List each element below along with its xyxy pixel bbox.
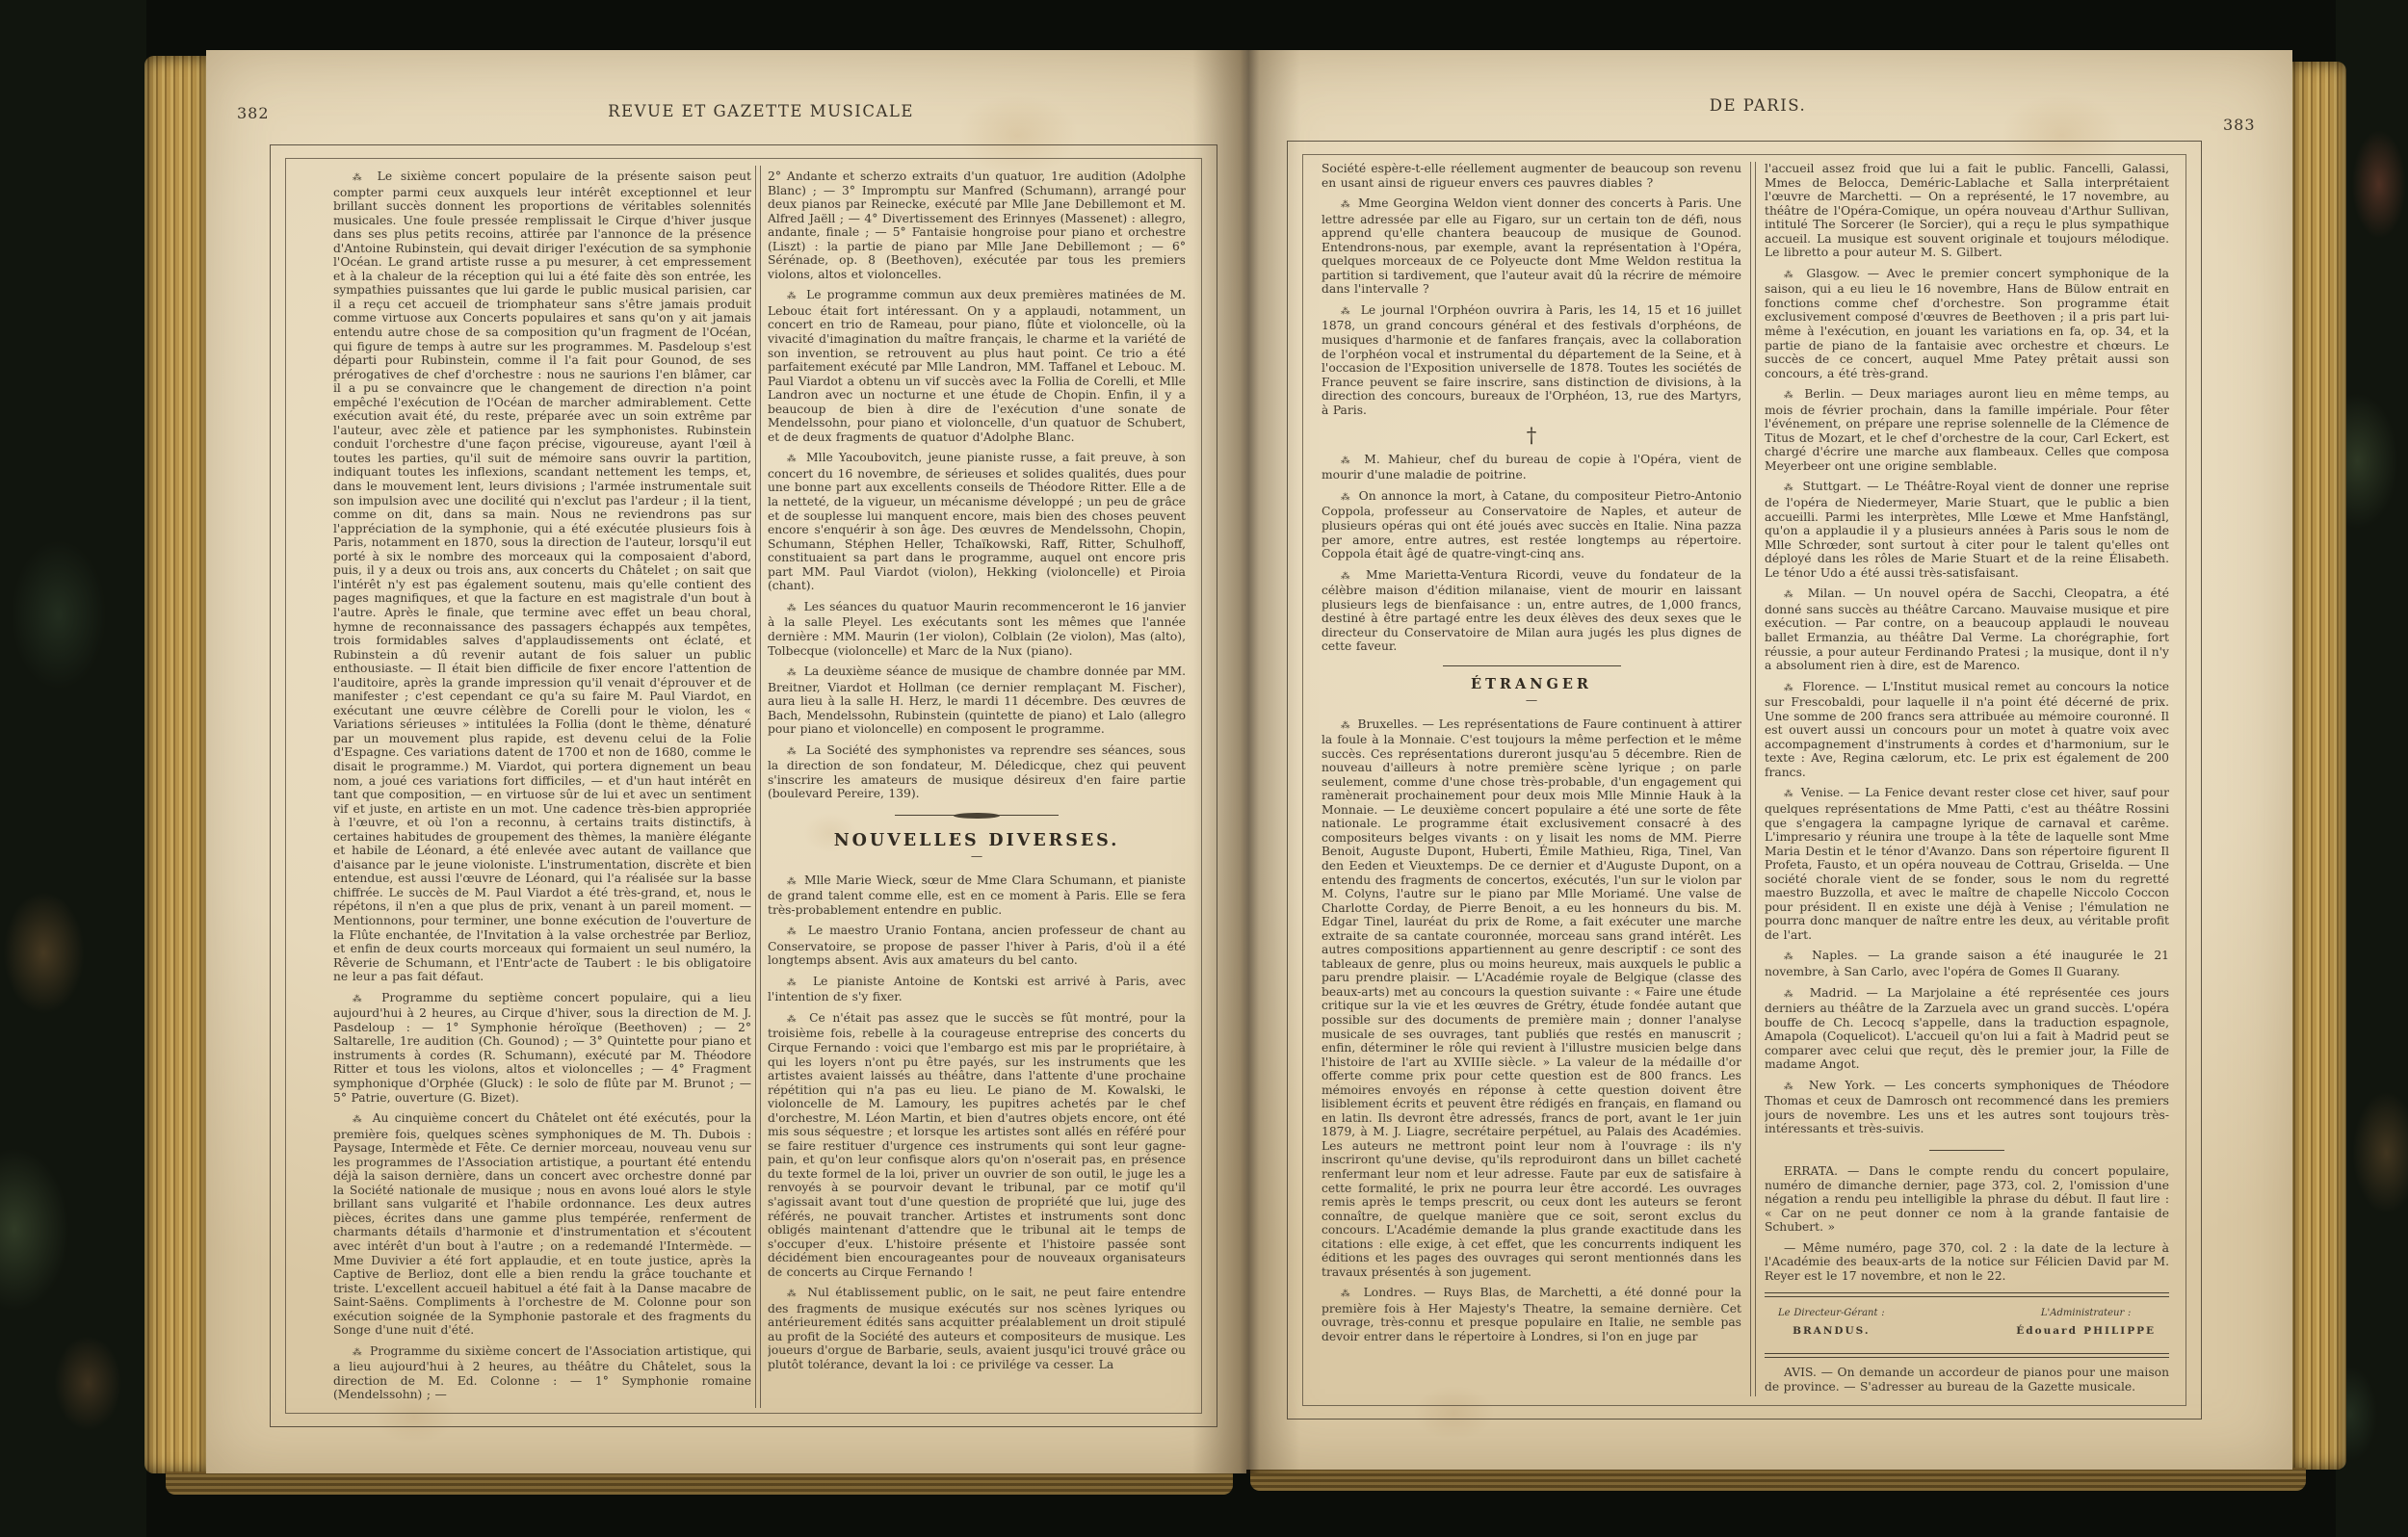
starred-paragraph: ⁂ M. Mahieur, chef du bureau de copie à … [1322, 453, 1741, 482]
column-divider-left-b [760, 166, 761, 1408]
starred-paragraph: ⁂ Mme Georgina Weldon vient donner des c… [1322, 196, 1741, 297]
continuation-paragraph: l'accueil assez froid que lui a fait le … [1765, 162, 2169, 260]
running-title-left: REVUE ET GAZETTE MUSICALE [337, 102, 1185, 120]
starred-paragraph: ⁂ Le pianiste Antoine de Kontski est arr… [768, 975, 1186, 1004]
starred-paragraph: ⁂ Madrid. — La Marjolaine a été représen… [1765, 986, 2169, 1072]
starred-paragraph: ⁂ Le sixième concert populaire de la pré… [333, 169, 751, 984]
page-bottom-edge-right [1250, 1468, 2306, 1491]
starred-paragraph: ⁂ Le journal l'Orphéon ouvrira à Paris, … [1322, 303, 1741, 417]
paragraph: ERRATA. — Dans le compte rendu du concer… [1765, 1164, 2169, 1235]
section-heading: ÉTRANGER [1322, 678, 1741, 692]
paragraph: — Même numéro, page 370, col. 2 : la dat… [1765, 1241, 2169, 1284]
signature-block: Le Directeur-Gérant :BRANDUS.L'Administr… [1765, 1305, 2169, 1343]
right-page-column-2: l'accueil assez froid que lui a fait le … [1765, 162, 2169, 1400]
marbled-cover-right [2336, 0, 2408, 1537]
starred-paragraph: ⁂ Ce n'était pas assez que le succès se … [768, 1011, 1186, 1279]
starred-paragraph: ⁂ La deuxième séance de musique de chamb… [768, 664, 1186, 737]
page-fore-edge-right [2290, 62, 2346, 1470]
short-rule [1929, 1150, 2004, 1151]
page-number-left: 382 [237, 104, 270, 122]
starred-paragraph: ⁂ Naples. — La grande saison a été inaug… [1765, 949, 2169, 978]
starred-paragraph: ⁂ Programme du sixième concert de l'Asso… [333, 1344, 751, 1402]
book-spread: 382 REVUE ET GAZETTE MUSICALE DE PARIS. … [0, 0, 2408, 1537]
signature-cell: L'Administrateur :Édouard PHILIPPE [2016, 1307, 2156, 1338]
continuation-paragraph: Société espère-t-elle réellement augment… [1322, 162, 1741, 190]
paragraph: AVIS. — On demande un accordeur de piano… [1765, 1366, 2169, 1394]
starred-paragraph: ⁂ La Société des symphonistes va reprend… [768, 743, 1186, 801]
heading-dash: — [768, 850, 1186, 862]
page-bottom-edge-left [166, 1472, 1233, 1495]
starred-paragraph: ⁂ Programme du septième concert populair… [333, 991, 751, 1105]
mid-rule [1443, 665, 1621, 666]
column-divider-right-b [1755, 162, 1756, 1396]
starred-paragraph: ⁂ On annonce la mort, à Catane, du compo… [1322, 489, 1741, 561]
starred-paragraph: ⁂ Mlle Yacoubovitch, jeune pianiste russ… [768, 451, 1186, 592]
diamond-separator [895, 813, 1059, 819]
starred-paragraph: ⁂ Les séances du quatuor Maurin recommen… [768, 600, 1186, 658]
starred-paragraph: ⁂ Le programme commun aux deux premières… [768, 288, 1186, 444]
left-page-column-1: ⁂ Le sixième concert populaire de la pré… [333, 169, 751, 1414]
starred-paragraph: ⁂ Glasgow. — Avec le premier concert sym… [1765, 267, 2169, 380]
marbled-cover-left [0, 0, 146, 1537]
starred-paragraph: ⁂ Mme Marietta-Ventura Ricordi, veuve du… [1322, 568, 1741, 654]
left-page-column-2: 2° Andante et scherzo extraits d'un quat… [768, 169, 1186, 1414]
continuation-paragraph: 2° Andante et scherzo extraits d'un quat… [768, 169, 1186, 281]
starred-paragraph: ⁂ New York. — Les concerts symphoniques … [1765, 1079, 2169, 1136]
starred-paragraph: ⁂ Bruxelles. — Les représentations de Fa… [1322, 717, 1741, 1280]
page-number-right: 383 [2223, 116, 2256, 134]
running-title-right: DE PARIS. [1329, 96, 2186, 115]
starred-paragraph: ⁂ Au cinquième concert du Châtelet ont é… [333, 1111, 751, 1338]
starred-paragraph: ⁂ Stuttgart. — Le Théâtre-Royal vient de… [1765, 480, 2169, 580]
starred-paragraph: ⁂ Milan. — Un nouvel opéra de Sacchi, Cl… [1765, 586, 2169, 672]
heading-dash: — [1322, 694, 1741, 706]
starred-paragraph: ⁂ Le maestro Uranio Fontana, ancien prof… [768, 924, 1186, 968]
section-heading: NOUVELLES DIVERSES. [768, 834, 1186, 848]
starred-paragraph: ⁂ Mlle Marie Wieck, sœur de Mme Clara Sc… [768, 873, 1186, 918]
obituary-cross: † [1322, 429, 1741, 443]
starred-paragraph: ⁂ Florence. — L'Institut musical remet a… [1765, 680, 2169, 780]
column-divider-left-a [755, 166, 756, 1408]
page-fore-edge-left [144, 56, 210, 1473]
starred-paragraph: ⁂ Nul établissement public, on le sait, … [768, 1286, 1186, 1371]
double-rule [1765, 1353, 2169, 1358]
column-divider-right-a [1750, 162, 1751, 1396]
starred-paragraph: ⁂ Berlin. — Deux mariages auront lieu en… [1765, 387, 2169, 473]
double-rule [1765, 1292, 2169, 1297]
starred-paragraph: ⁂ Londres. — Ruys Blas, de Marchetti, a … [1322, 1286, 1741, 1343]
starred-paragraph: ⁂ Venise. — La Fenice devant rester clos… [1765, 786, 2169, 942]
signature-cell: Le Directeur-Gérant :BRANDUS. [1778, 1307, 1885, 1338]
right-page-column-1: Société espère-t-elle réellement augment… [1322, 162, 1741, 1400]
